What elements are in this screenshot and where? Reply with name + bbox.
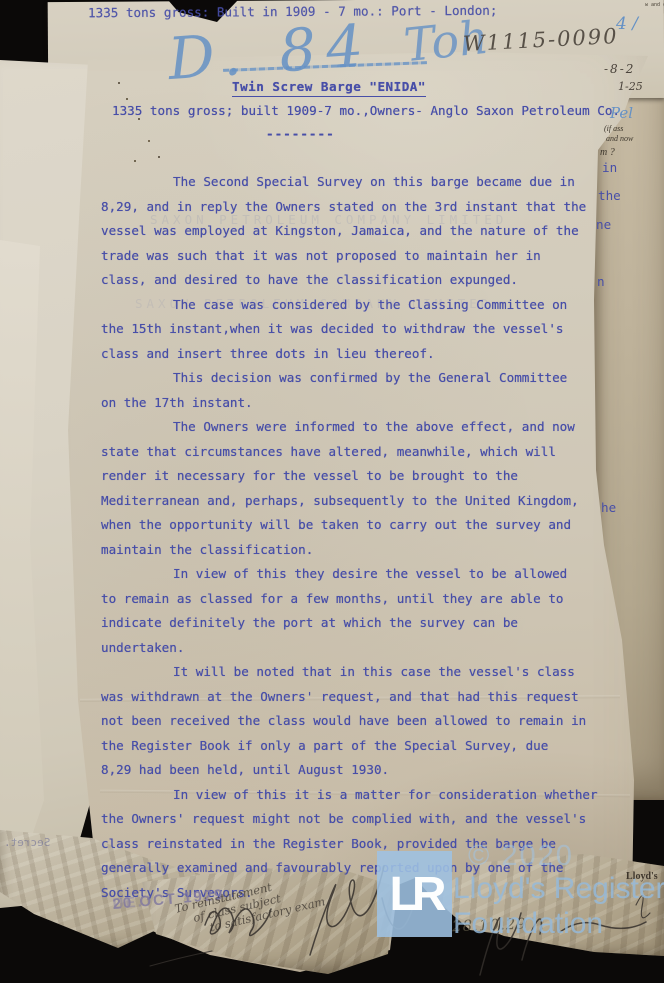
body-line: state that circumstances have altered, m…: [101, 440, 629, 465]
watermark-text-line1: Lloyd's Register: [453, 872, 664, 906]
body-line: render it necessary for the vessel to be…: [101, 464, 629, 489]
paper-speckles: [118, 82, 120, 84]
margin-fragment: the: [598, 188, 621, 203]
margin-fragment: and now: [606, 134, 633, 143]
document-subtitle: 1335 tons gross; built 1909-7 mo.,Owners…: [112, 103, 620, 118]
separator-dashes: --------: [266, 126, 335, 141]
body-line: the Owners' request might not be complie…: [101, 807, 629, 832]
margin-fragment: -8-2: [604, 62, 635, 76]
body-line: class, and desired to have the classific…: [101, 268, 629, 293]
body-line: the Register Book if only a part of the …: [101, 734, 629, 759]
paragraph: The Second Special Survey on this barge …: [101, 170, 629, 293]
body-line: when the opportunity will be taken to ca…: [101, 513, 629, 538]
margin-fragment: he: [601, 500, 616, 515]
body-line: In view of this they desire the vessel t…: [101, 562, 629, 587]
body-line: This decision was confirmed by the Gener…: [101, 366, 629, 391]
body-line: In view of this it is a matter for consi…: [101, 783, 629, 808]
paragraph: The case was considered by the Classing …: [101, 293, 629, 367]
body-line: 8,29 had been held, until August 1930.: [101, 758, 629, 783]
document-title: Twin Screw Barge "ENIDA": [232, 79, 426, 97]
body-line: vessel was employed at Kingston, Jamaica…: [101, 219, 629, 244]
margin-fragment: n: [597, 274, 605, 289]
body-paragraphs: The Second Special Survey on this barge …: [101, 158, 629, 905]
margin-fragment: 1-25: [618, 80, 643, 93]
paragraph: The Owners were informed to the above ef…: [101, 415, 629, 562]
paragraph: It will be noted that in this case the v…: [101, 660, 629, 783]
margin-fragment: w and ol: [645, 2, 664, 8]
watermark-text-line2: Foundation: [453, 907, 603, 941]
body-line: Mediterranean and, perhaps, subsequently…: [101, 489, 629, 514]
margin-fragment: (if ass: [604, 124, 623, 133]
margin-fragment: in: [602, 160, 617, 175]
margin-fragment: m ?: [600, 147, 615, 158]
copyright-watermark: © 2020: [468, 840, 574, 873]
margin-fragment: Pel: [610, 104, 633, 122]
lr-logo-watermark: LR: [377, 851, 452, 937]
body-line: not been received the class would have b…: [101, 709, 629, 734]
body-line: maintain the classification.: [101, 538, 629, 563]
body-line: on the 17th instant.: [101, 391, 629, 416]
body-line: 8,29, and in reply the Owners stated on …: [101, 195, 629, 220]
body-line: undertaken.: [101, 636, 629, 661]
margin-fragment: ne: [596, 217, 611, 232]
margin-fragment: 4 /: [616, 14, 638, 34]
show-through-reversed-text: Secret.: [4, 836, 50, 849]
body-line: trade was such that it was not proposed …: [101, 244, 629, 269]
body-line: was withdrawn at the Owners' request, an…: [101, 685, 629, 710]
paragraph: In view of this they desire the vessel t…: [101, 562, 629, 660]
photo-backdrop: 1335 tons gross: Built in 1909 - 7 mo.: …: [0, 0, 664, 983]
body-line: class and insert three dots in lieu ther…: [101, 342, 629, 367]
body-line: The Second Special Survey on this barge …: [101, 170, 629, 195]
body-line: the 15th instant,when it was decided to …: [101, 317, 629, 342]
body-line: The Owners were informed to the above ef…: [101, 415, 629, 440]
body-line: indicate definitely the port at which th…: [101, 611, 629, 636]
paragraph: This decision was confirmed by the Gener…: [101, 366, 629, 415]
body-line: The case was considered by the Classing …: [101, 293, 629, 318]
body-line: to remain as classed for a few months, u…: [101, 587, 629, 612]
body-line: It will be noted that in this case the v…: [101, 660, 629, 685]
